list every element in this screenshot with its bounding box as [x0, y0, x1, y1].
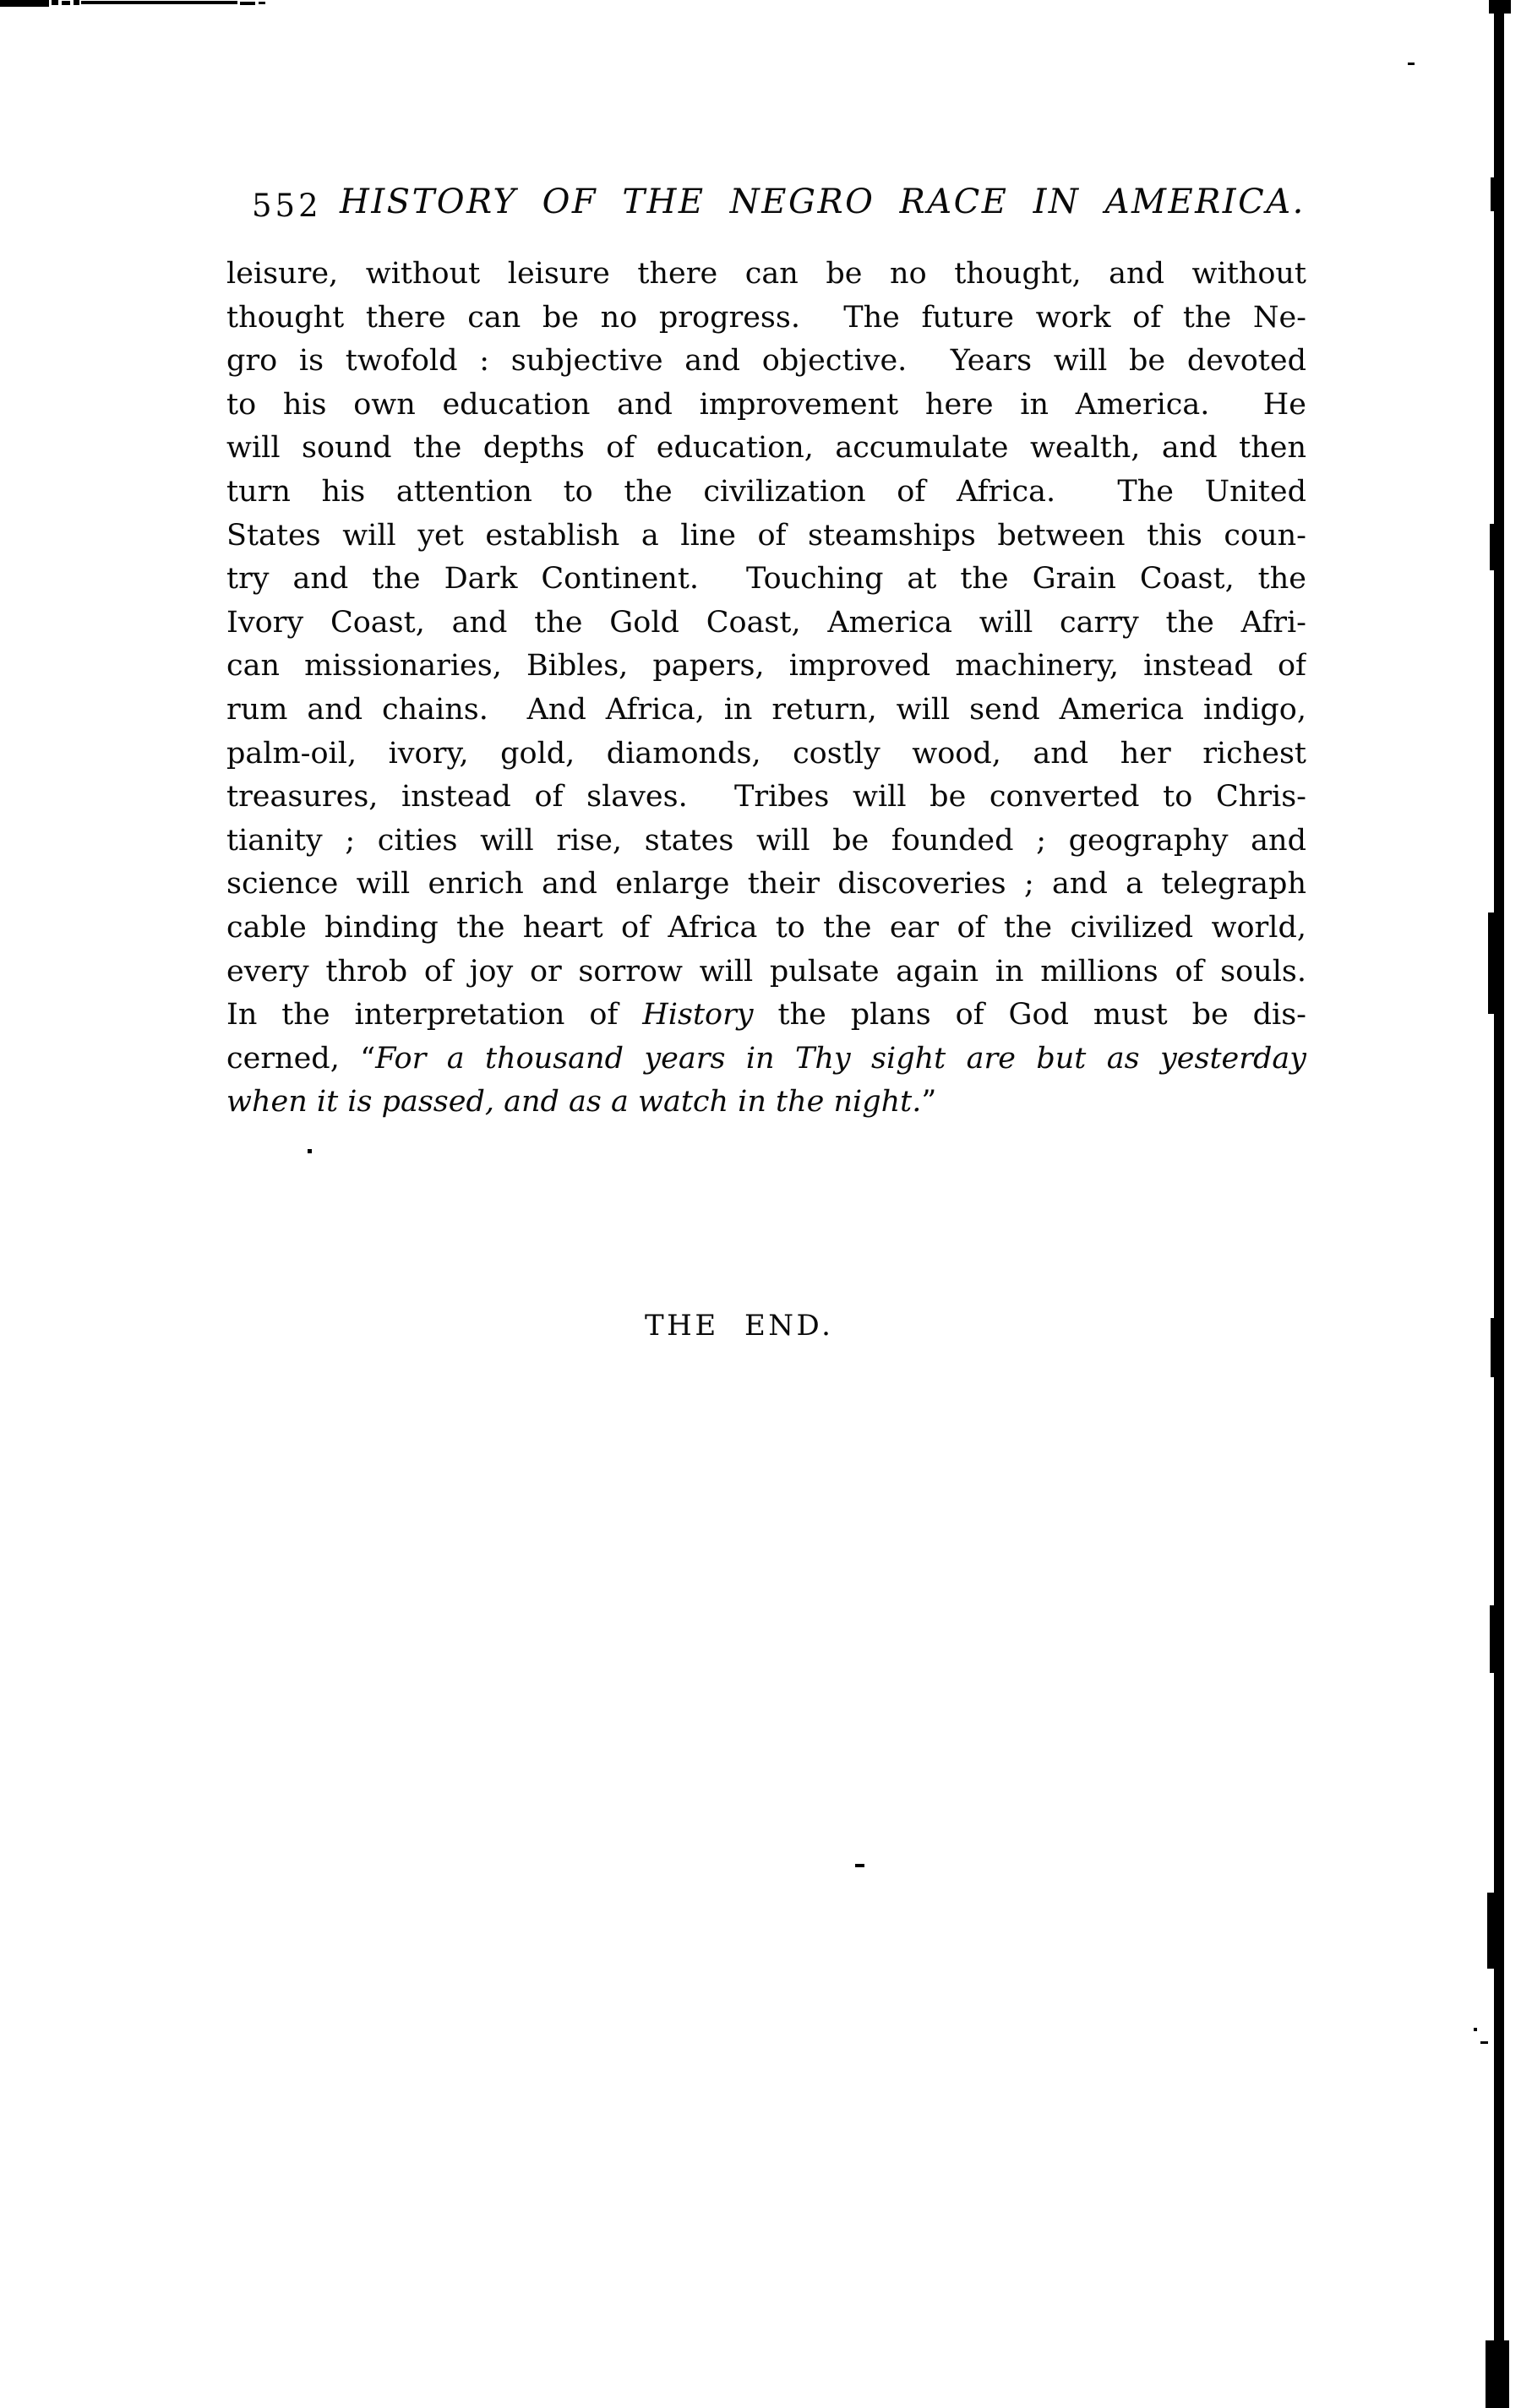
ink-speck: [855, 1864, 864, 1867]
scan-right-edge-blob: [1487, 1893, 1504, 1969]
text-segment: Ivory Coast, and the Gold Coast, America…: [226, 606, 1306, 640]
ink-speck: [308, 1149, 312, 1153]
body-line: thought there can be no progress. The fu…: [226, 297, 1306, 340]
text-segment: treasures, instead of slaves. Tribes wil…: [226, 780, 1306, 814]
scan-top-edge-dash: [52, 0, 58, 5]
body-line: tianity ; cities will rise, states will …: [226, 820, 1306, 864]
text-segment: thought there can be no progress. The fu…: [226, 301, 1306, 335]
italic-text-segment: when it is passed, and as a watch in the…: [226, 1085, 921, 1119]
body-line: when it is passed, and as a watch in the…: [226, 1081, 1306, 1125]
text-segment: cable binding the heart of Africa to the…: [226, 911, 1306, 945]
scan-right-edge-blob: [1491, 177, 1504, 211]
text-segment: the plans of God must be dis-: [754, 998, 1306, 1032]
scan-right-edge-blob: [1489, 0, 1511, 14]
the-end-label: THE END.: [645, 1309, 833, 1343]
scan-top-edge-dash: [62, 1, 70, 5]
ink-speck: [1480, 2041, 1488, 2044]
body-line: will sound the depths of education, accu…: [226, 427, 1306, 471]
scan-right-edge-line: [1494, 0, 1504, 2408]
body-line: leisure, without leisure there can be no…: [226, 253, 1306, 297]
text-segment: science will enrich and enlarge their di…: [226, 867, 1306, 901]
text-segment: to his own education and improvement her…: [226, 388, 1306, 422]
body-line: every throb of joy or sorrow will pulsat…: [226, 951, 1306, 994]
body-line: palm-oil, ivory, gold, diamonds, costly …: [226, 733, 1306, 776]
body-line: science will enrich and enlarge their di…: [226, 863, 1306, 907]
text-segment: States will yet establish a line of stea…: [226, 519, 1306, 553]
text-segment: can missionaries, Bibles, papers, improv…: [226, 649, 1306, 683]
text-segment: rum and chains. And Africa, in return, w…: [226, 693, 1306, 727]
text-segment: tianity ; cities will rise, states will …: [226, 824, 1306, 858]
text-segment: palm-oil, ivory, gold, diamonds, costly …: [226, 737, 1306, 771]
ink-speck: [1408, 63, 1415, 65]
body-line: cerned, “For a thousand years in Thy sig…: [226, 1038, 1306, 1081]
scan-right-edge-blob: [1486, 2340, 1509, 2408]
scan-right-edge-blob: [1490, 524, 1503, 570]
text-segment: every throb of joy or sorrow will pulsat…: [226, 955, 1306, 989]
scan-top-edge-bar: [0, 0, 49, 7]
text-segment: gro is twofold : subjective and objectiv…: [226, 344, 1306, 378]
italic-text-segment: For a thousand years in Thy sight are bu…: [375, 1042, 1306, 1076]
body-line: treasures, instead of slaves. Tribes wil…: [226, 776, 1306, 820]
body-line: try and the Dark Continent. Touching at …: [226, 558, 1306, 602]
text-segment: ”: [921, 1085, 936, 1119]
text-segment: leisure, without leisure there can be no…: [226, 257, 1306, 291]
scan-top-edge-dash: [240, 2, 255, 5]
running-header: 552 HISTORY OF THE NEGRO RACE IN AMERICA…: [0, 183, 1521, 226]
italic-text-segment: History: [642, 998, 753, 1032]
body-line: Ivory Coast, and the Gold Coast, America…: [226, 602, 1306, 646]
scan-right-edge-blob: [1490, 1605, 1504, 1673]
scan-top-edge-dash: [259, 2, 265, 4]
text-segment: cerned, “: [226, 1042, 375, 1076]
body-line: can missionaries, Bibles, papers, improv…: [226, 645, 1306, 689]
body-line: States will yet establish a line of stea…: [226, 515, 1306, 558]
body-line: In the interpretation of History the pla…: [226, 994, 1306, 1038]
body-line: to his own education and improvement her…: [226, 384, 1306, 428]
running-head-title: HISTORY OF THE NEGRO RACE IN AMERICA.: [340, 183, 1306, 221]
body-line: turn his attention to the civilization o…: [226, 471, 1306, 515]
text-segment: turn his attention to the civilization o…: [226, 475, 1306, 509]
ink-speck: [1474, 2028, 1477, 2031]
scan-top-edge-line: [81, 1, 237, 4]
scan-right-edge-blob: [1488, 913, 1503, 1014]
scan-right-edge-blob: [1491, 1318, 1503, 1377]
text-segment: try and the Dark Continent. Touching at …: [226, 562, 1306, 596]
body-paragraph: leisure, without leisure there can be no…: [226, 253, 1306, 1125]
scanned-book-page: { "page": { "number": "552", "header_tit…: [0, 0, 1521, 2408]
body-line: cable binding the heart of Africa to the…: [226, 907, 1306, 951]
page-number: 552: [252, 188, 322, 224]
scan-top-edge-dash: [74, 0, 79, 5]
body-line: rum and chains. And Africa, in return, w…: [226, 689, 1306, 733]
text-segment: In the interpretation of: [226, 998, 642, 1032]
body-line: gro is twofold : subjective and objectiv…: [226, 340, 1306, 384]
text-segment: will sound the depths of education, accu…: [226, 431, 1306, 465]
